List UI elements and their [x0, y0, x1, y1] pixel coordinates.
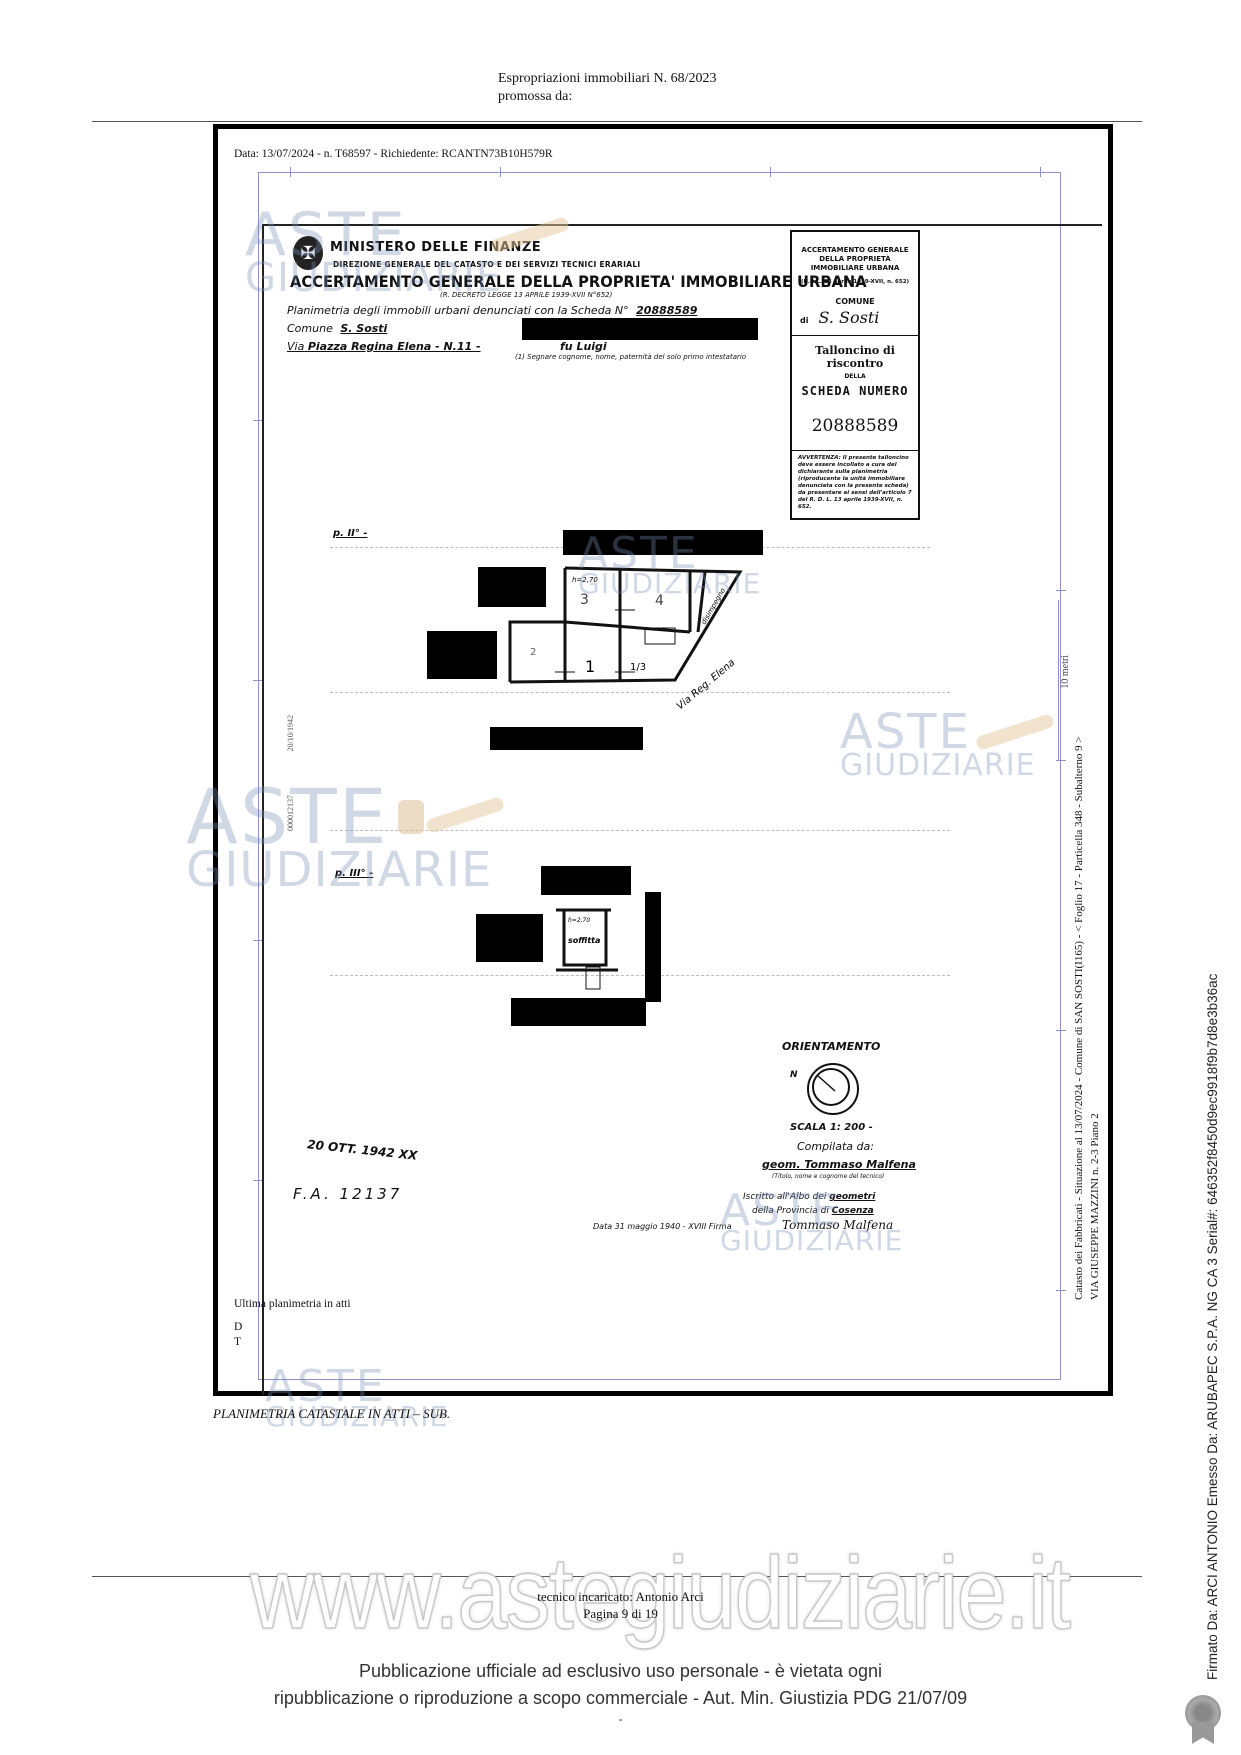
publication-notice: Pubblicazione ufficiale ad esclusivo uso… [0, 1658, 1241, 1726]
north-mark: N [790, 1070, 798, 1080]
redaction-owner [522, 318, 758, 340]
planimetria-line: Planimetria degli immobili urbani denunc… [287, 304, 697, 317]
catasto-side-line1: Catasto dei Fabbricati - Situazione al 1… [1072, 620, 1086, 1300]
frame-tick [770, 167, 771, 177]
frame-tick [1056, 1030, 1066, 1031]
talloncino-box: ACCERTAMENTO GENERALE DELLA PROPRIETÀ IM… [790, 230, 920, 520]
compilata-label: Compilata da: [797, 1140, 874, 1153]
direzione-line: DIREZIONE GENERALE DEL CATASTO E DEI SER… [333, 260, 641, 269]
svg-text:soffitta: soffitta [568, 936, 600, 945]
redaction [476, 914, 543, 962]
svg-text:3: 3 [580, 592, 589, 608]
data-firma-line: Data 31 maggio 1940 - XVIII Firma [593, 1222, 732, 1231]
scale-bar [1058, 600, 1059, 760]
ultima-planimetria: Ultima planimetria in atti [234, 1298, 351, 1310]
page-number: Pagina 9 di 19 [0, 1605, 1241, 1622]
redaction [427, 631, 497, 679]
frame-tick [500, 167, 501, 177]
emblem-icon: ✠ [293, 236, 323, 270]
scheda-number: 20888589 [792, 416, 918, 436]
document-edge-top [262, 224, 1102, 226]
stamp-code: F.A. 12137 [293, 1185, 402, 1203]
scale-label: SCALA 1: 200 - [790, 1122, 873, 1133]
seal-ribbon-icon [1192, 1722, 1214, 1744]
form-title: ACCERTAMENTO GENERALE DELLA PROPRIETA' I… [290, 272, 867, 291]
technician-name: geom. Tommaso Malfena [762, 1158, 916, 1171]
floor-label-2: p. II° - [333, 528, 368, 539]
svg-text:4: 4 [655, 593, 664, 609]
vertical-date: 20/10/1942 [286, 715, 295, 751]
decree-line: (R. DECRETO LEGGE 13 APRILE 1939-XVII N°… [440, 291, 612, 299]
svg-text:1/3: 1/3 [630, 662, 646, 673]
redaction [478, 567, 546, 607]
scale-bar-label: 10 metri [1060, 655, 1071, 689]
compass-icon [807, 1063, 859, 1115]
svg-text:1: 1 [585, 657, 595, 676]
tecnico-line: tecnico incaricato: Antonio Arci [0, 1588, 1241, 1605]
catasto-side-line2: VIA GIUSEPPE MAZZINI n. 2-3 Piano 2 [1088, 1060, 1102, 1300]
document-edge-left [262, 225, 264, 1395]
owner-note: (1) Segnare cognome, nome, paternità del… [515, 353, 746, 361]
technician-signature: Tommaso Malfena [782, 1218, 893, 1232]
procedure-title: Espropriazioni immobiliari N. 68/2023 [498, 70, 717, 88]
orientamento-label: ORIENTAMENTO [782, 1040, 880, 1053]
frame-tick [1040, 167, 1041, 177]
redaction [645, 892, 661, 1002]
ultima-lines: D T [234, 1320, 242, 1350]
redaction [563, 530, 763, 555]
frame-tick [1056, 760, 1066, 761]
avvertenza: AVVERTENZA: Il presente talloncino deve … [792, 450, 918, 515]
via-line: Via Piazza Regina Elena - N.11 - [287, 340, 481, 353]
owner-hand: fu Luigi [560, 340, 607, 353]
gavel-icon [398, 800, 424, 834]
vertical-code: 000012137 [286, 795, 295, 831]
floor-plan-3: h=2,70 soffitta [556, 905, 646, 1005]
redaction [511, 998, 646, 1026]
talloncino-di: diS. Sosti [792, 308, 918, 327]
svg-text:h=2,70: h=2,70 [572, 576, 598, 584]
technician-caption: (Titolo, nome e cognome del tecnico) [772, 1173, 884, 1180]
svg-text:2: 2 [530, 647, 536, 658]
redaction [490, 727, 643, 750]
provincia-line: della Provincia di Cosenza [752, 1206, 874, 1216]
frame-tick [290, 167, 291, 177]
document-header: Espropriazioni immobiliari N. 68/2023 pr… [498, 70, 717, 106]
divider [792, 335, 918, 336]
figure-caption: PLANIMETRIA CATASTALE IN ATTI – SUB. [213, 1406, 450, 1422]
footer-tecnico: tecnico incaricato: Antonio Arci Pagina … [0, 1588, 1241, 1622]
header-rule [92, 121, 1142, 122]
frame-tick [1056, 1290, 1066, 1291]
procedure-subtitle: promossa da: [498, 88, 717, 106]
frame-tick [1056, 590, 1066, 591]
svg-text:h=2,70: h=2,70 [568, 917, 590, 924]
digital-signature-text: Firmato Da: ARCI ANTONIO Emesso Da: ARUB… [1205, 880, 1220, 1680]
redaction [541, 866, 631, 895]
floor-label-3: p. III° - [335, 868, 373, 879]
request-line: Data: 13/07/2024 - n. T68597 - Richieden… [234, 148, 553, 160]
comune-line: Comune S. Sosti [287, 322, 387, 335]
albo-line: Iscritto all'Albo dei geometri [743, 1192, 875, 1202]
